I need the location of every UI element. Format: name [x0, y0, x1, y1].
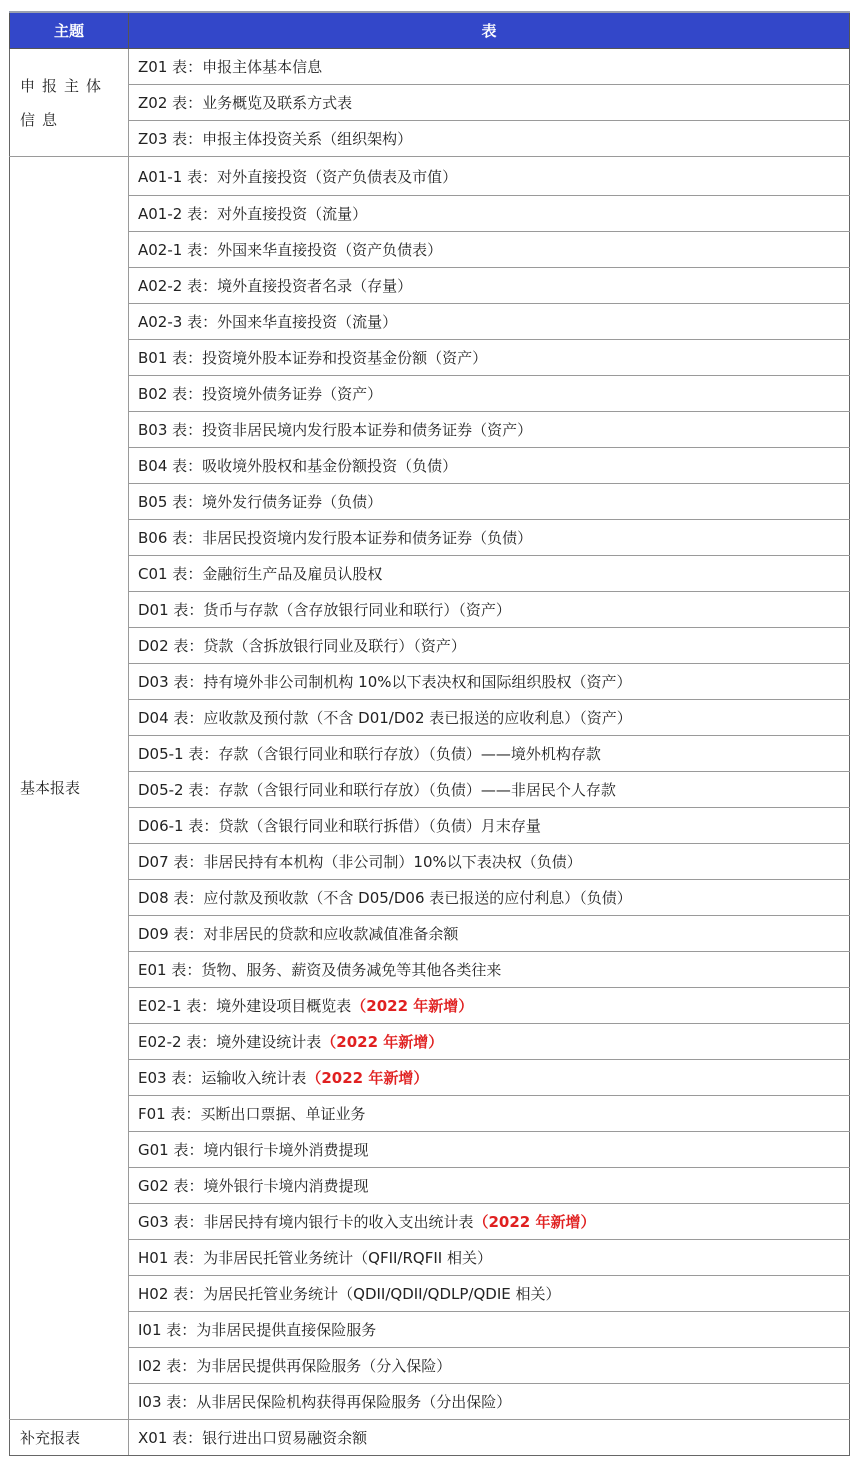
report-item-label: G03 表：非居民持有境内银行卡的收入支出统计表: [138, 1213, 473, 1231]
report-item-label: G01 表：境内银行卡境外消费提现: [138, 1141, 368, 1159]
table-row: E03 表：运输收入统计表（2022 年新增）: [10, 1060, 850, 1096]
table-row: 基本报表A01-1 表：对外直接投资（资产负债表及市值）: [10, 157, 850, 196]
table-row: C01 表：金融衍生产品及雇员认股权: [10, 556, 850, 592]
table-row: D06-1 表：贷款（含银行同业和联行拆借）（负债）月末存量: [10, 808, 850, 844]
report-item-label: E01 表：货物、服务、薪资及债务减免等其他各类往来: [138, 961, 501, 979]
table-row: 申报主体信息Z01 表：申报主体基本信息: [10, 49, 850, 85]
section-topic: 申报主体信息: [10, 49, 129, 157]
report-item-label: D02 表：贷款（含拆放银行同业及联行）（资产）: [138, 637, 466, 655]
header-row: 主题 表: [10, 12, 850, 49]
report-item: E01 表：货物、服务、薪资及债务减免等其他各类往来: [129, 952, 850, 988]
report-item-label: Z03 表：申报主体投资关系（组织架构）: [138, 130, 412, 148]
header-topic: 主题: [10, 12, 129, 49]
report-item: D08 表：应付款及预收款（不含 D05/D06 表已报送的应付利息）（负债）: [129, 880, 850, 916]
report-item-label: A01-2 表：对外直接投资（流量）: [138, 205, 367, 223]
report-item-label: D05-2 表：存款（含银行同业和联行存放）（负债）——非居民个人存款: [138, 781, 616, 799]
section-topic: 基本报表: [10, 157, 129, 1420]
table-row: A02-1 表：外国来华直接投资（资产负债表）: [10, 232, 850, 268]
report-item: I01 表：为非居民提供直接保险服务: [129, 1312, 850, 1348]
header-table: 表: [129, 12, 850, 49]
report-item-label: A02-1 表：外国来华直接投资（资产负债表）: [138, 241, 442, 259]
report-item: D06-1 表：贷款（含银行同业和联行拆借）（负债）月末存量: [129, 808, 850, 844]
report-item-label: A02-2 表：境外直接投资者名录（存量）: [138, 277, 412, 295]
table-row: 补充报表X01 表：银行进出口贸易融资余额: [10, 1420, 850, 1456]
section-topic: 补充报表: [10, 1420, 129, 1456]
report-item: D05-1 表：存款（含银行同业和联行存放）（负债）——境外机构存款: [129, 736, 850, 772]
report-item-label: B04 表：吸收境外股权和基金份额投资（负债）: [138, 457, 457, 475]
table-row: G01 表：境内银行卡境外消费提现: [10, 1132, 850, 1168]
report-item-label: B06 表：非居民投资境内发行股本证券和债务证券（负债）: [138, 529, 532, 547]
table-row: G03 表：非居民持有境内银行卡的收入支出统计表（2022 年新增）: [10, 1204, 850, 1240]
report-item-label: D05-1 表：存款（含银行同业和联行存放）（负债）——境外机构存款: [138, 745, 601, 763]
report-item-label: A01-1 表：对外直接投资（资产负债表及市值）: [138, 168, 457, 186]
table-row: B06 表：非居民投资境内发行股本证券和债务证券（负债）: [10, 520, 850, 556]
table-row: H01 表：为非居民托管业务统计（QFII/RQFII 相关）: [10, 1240, 850, 1276]
report-item: B03 表：投资非居民境内发行股本证券和债务证券（资产）: [129, 412, 850, 448]
report-item: G01 表：境内银行卡境外消费提现: [129, 1132, 850, 1168]
report-item-label: I02 表：为非居民提供再保险服务（分入保险）: [138, 1357, 451, 1375]
table-row: B05 表：境外发行债务证券（负债）: [10, 484, 850, 520]
table-row: D02 表：贷款（含拆放银行同业及联行）（资产）: [10, 628, 850, 664]
report-item: I02 表：为非居民提供再保险服务（分入保险）: [129, 1348, 850, 1384]
report-item-label: E02-1 表：境外建设项目概览表: [138, 997, 351, 1015]
table-row: H02 表：为居民托管业务统计（QDII/QDII/QDLP/QDIE 相关）: [10, 1276, 850, 1312]
table-row: D03 表：持有境外非公司制机构 10%以下表决权和国际组织股权（资产）: [10, 664, 850, 700]
report-item-label: D07 表：非居民持有本机构（非公司制）10%以下表决权（负债）: [138, 853, 582, 871]
new-2022-badge: （2022 年新增）: [306, 1069, 428, 1087]
report-item: D05-2 表：存款（含银行同业和联行存放）（负债）——非居民个人存款: [129, 772, 850, 808]
new-2022-badge: （2022 年新增）: [473, 1213, 595, 1231]
new-2022-badge: （2022 年新增）: [351, 997, 473, 1015]
report-item: B02 表：投资境外债务证券（资产）: [129, 376, 850, 412]
report-item: B06 表：非居民投资境内发行股本证券和债务证券（负债）: [129, 520, 850, 556]
table-row: B02 表：投资境外债务证券（资产）: [10, 376, 850, 412]
report-item: D04 表：应收款及预付款（不含 D01/D02 表已报送的应收利息）（资产）: [129, 700, 850, 736]
table-row: B03 表：投资非居民境内发行股本证券和债务证券（资产）: [10, 412, 850, 448]
report-item-label: C01 表：金融衍生产品及雇员认股权: [138, 565, 382, 583]
report-item: C01 表：金融衍生产品及雇员认股权: [129, 556, 850, 592]
report-item-label: D09 表：对非居民的贷款和应收款减值准备余额: [138, 925, 458, 943]
report-item: E02-2 表：境外建设统计表（2022 年新增）: [129, 1024, 850, 1060]
table-row: B01 表：投资境外股本证券和投资基金份额（资产）: [10, 340, 850, 376]
report-item-label: Z01 表：申报主体基本信息: [138, 58, 322, 76]
report-item-label: B01 表：投资境外股本证券和投资基金份额（资产）: [138, 349, 487, 367]
report-item-label: D06-1 表：贷款（含银行同业和联行拆借）（负债）月末存量: [138, 817, 541, 835]
report-item-label: D08 表：应付款及预收款（不含 D05/D06 表已报送的应付利息）（负债）: [138, 889, 632, 907]
report-item-label: G02 表：境外银行卡境内消费提现: [138, 1177, 368, 1195]
table-row: D01 表：货币与存款（含存放银行同业和联行）（资产）: [10, 592, 850, 628]
report-item: G02 表：境外银行卡境内消费提现: [129, 1168, 850, 1204]
report-table: 主题 表 申报主体信息Z01 表：申报主体基本信息Z02 表：业务概览及联系方式…: [9, 11, 850, 1456]
table-row: D04 表：应收款及预付款（不含 D01/D02 表已报送的应收利息）（资产）: [10, 700, 850, 736]
report-item-label: I03 表：从非居民保险机构获得再保险服务（分出保险）: [138, 1393, 511, 1411]
table-row: D05-2 表：存款（含银行同业和联行存放）（负债）——非居民个人存款: [10, 772, 850, 808]
report-item: B04 表：吸收境外股权和基金份额投资（负债）: [129, 448, 850, 484]
report-item: D03 表：持有境外非公司制机构 10%以下表决权和国际组织股权（资产）: [129, 664, 850, 700]
report-item-label: A02-3 表：外国来华直接投资（流量）: [138, 313, 397, 331]
report-item: A02-2 表：境外直接投资者名录（存量）: [129, 268, 850, 304]
report-item: H01 表：为非居民托管业务统计（QFII/RQFII 相关）: [129, 1240, 850, 1276]
table-row: A01-2 表：对外直接投资（流量）: [10, 196, 850, 232]
table-row: D09 表：对非居民的贷款和应收款减值准备余额: [10, 916, 850, 952]
report-item-label: E02-2 表：境外建设统计表: [138, 1033, 321, 1051]
report-item-label: H02 表：为居民托管业务统计（QDII/QDII/QDLP/QDIE 相关）: [138, 1285, 561, 1303]
report-item: A02-3 表：外国来华直接投资（流量）: [129, 304, 850, 340]
report-item: X01 表：银行进出口贸易融资余额: [129, 1420, 850, 1456]
report-item: A01-1 表：对外直接投资（资产负债表及市值）: [129, 157, 850, 196]
table-row: I01 表：为非居民提供直接保险服务: [10, 1312, 850, 1348]
table-row: D05-1 表：存款（含银行同业和联行存放）（负债）——境外机构存款: [10, 736, 850, 772]
report-item: H02 表：为居民托管业务统计（QDII/QDII/QDLP/QDIE 相关）: [129, 1276, 850, 1312]
report-item: I03 表：从非居民保险机构获得再保险服务（分出保险）: [129, 1384, 850, 1420]
table-row: A02-2 表：境外直接投资者名录（存量）: [10, 268, 850, 304]
table-row: E01 表：货物、服务、薪资及债务减免等其他各类往来: [10, 952, 850, 988]
new-2022-badge: （2022 年新增）: [321, 1033, 443, 1051]
table-row: E02-2 表：境外建设统计表（2022 年新增）: [10, 1024, 850, 1060]
report-item: D07 表：非居民持有本机构（非公司制）10%以下表决权（负债）: [129, 844, 850, 880]
table-row: I02 表：为非居民提供再保险服务（分入保险）: [10, 1348, 850, 1384]
report-item-label: B03 表：投资非居民境内发行股本证券和债务证券（资产）: [138, 421, 532, 439]
report-item: B01 表：投资境外股本证券和投资基金份额（资产）: [129, 340, 850, 376]
table-row: B04 表：吸收境外股权和基金份额投资（负债）: [10, 448, 850, 484]
table-body: 申报主体信息Z01 表：申报主体基本信息Z02 表：业务概览及联系方式表Z03 …: [10, 49, 850, 1456]
report-item-label: D01 表：货币与存款（含存放银行同业和联行）（资产）: [138, 601, 511, 619]
report-item: D02 表：贷款（含拆放银行同业及联行）（资产）: [129, 628, 850, 664]
report-item: E02-1 表：境外建设项目概览表（2022 年新增）: [129, 988, 850, 1024]
table-row: G02 表：境外银行卡境内消费提现: [10, 1168, 850, 1204]
table-row: E02-1 表：境外建设项目概览表（2022 年新增）: [10, 988, 850, 1024]
report-item: Z03 表：申报主体投资关系（组织架构）: [129, 121, 850, 157]
table-row: Z02 表：业务概览及联系方式表: [10, 85, 850, 121]
report-item: D09 表：对非居民的贷款和应收款减值准备余额: [129, 916, 850, 952]
report-item-label: Z02 表：业务概览及联系方式表: [138, 94, 352, 112]
report-item-label: B02 表：投资境外债务证券（资产）: [138, 385, 382, 403]
table-row: I03 表：从非居民保险机构获得再保险服务（分出保险）: [10, 1384, 850, 1420]
report-item-label: D04 表：应收款及预付款（不含 D01/D02 表已报送的应收利息）（资产）: [138, 709, 632, 727]
report-item: F01 表：买断出口票据、单证业务: [129, 1096, 850, 1132]
report-item: E03 表：运输收入统计表（2022 年新增）: [129, 1060, 850, 1096]
table-row: Z03 表：申报主体投资关系（组织架构）: [10, 121, 850, 157]
report-item: Z01 表：申报主体基本信息: [129, 49, 850, 85]
report-item-label: D03 表：持有境外非公司制机构 10%以下表决权和国际组织股权（资产）: [138, 673, 632, 691]
report-item-label: F01 表：买断出口票据、单证业务: [138, 1105, 365, 1123]
report-item: A02-1 表：外国来华直接投资（资产负债表）: [129, 232, 850, 268]
report-item: G03 表：非居民持有境内银行卡的收入支出统计表（2022 年新增）: [129, 1204, 850, 1240]
table-row: A02-3 表：外国来华直接投资（流量）: [10, 304, 850, 340]
report-item-label: E03 表：运输收入统计表: [138, 1069, 306, 1087]
table-row: F01 表：买断出口票据、单证业务: [10, 1096, 850, 1132]
report-item-label: B05 表：境外发行债务证券（负债）: [138, 493, 382, 511]
report-item: D01 表：货币与存款（含存放银行同业和联行）（资产）: [129, 592, 850, 628]
report-item-label: I01 表：为非居民提供直接保险服务: [138, 1321, 376, 1339]
table-row: D07 表：非居民持有本机构（非公司制）10%以下表决权（负债）: [10, 844, 850, 880]
report-item: A01-2 表：对外直接投资（流量）: [129, 196, 850, 232]
table-row: D08 表：应付款及预收款（不含 D05/D06 表已报送的应付利息）（负债）: [10, 880, 850, 916]
report-item-label: H01 表：为非居民托管业务统计（QFII/RQFII 相关）: [138, 1249, 492, 1267]
report-item-label: X01 表：银行进出口贸易融资余额: [138, 1429, 367, 1447]
report-item: B05 表：境外发行债务证券（负债）: [129, 484, 850, 520]
report-item: Z02 表：业务概览及联系方式表: [129, 85, 850, 121]
